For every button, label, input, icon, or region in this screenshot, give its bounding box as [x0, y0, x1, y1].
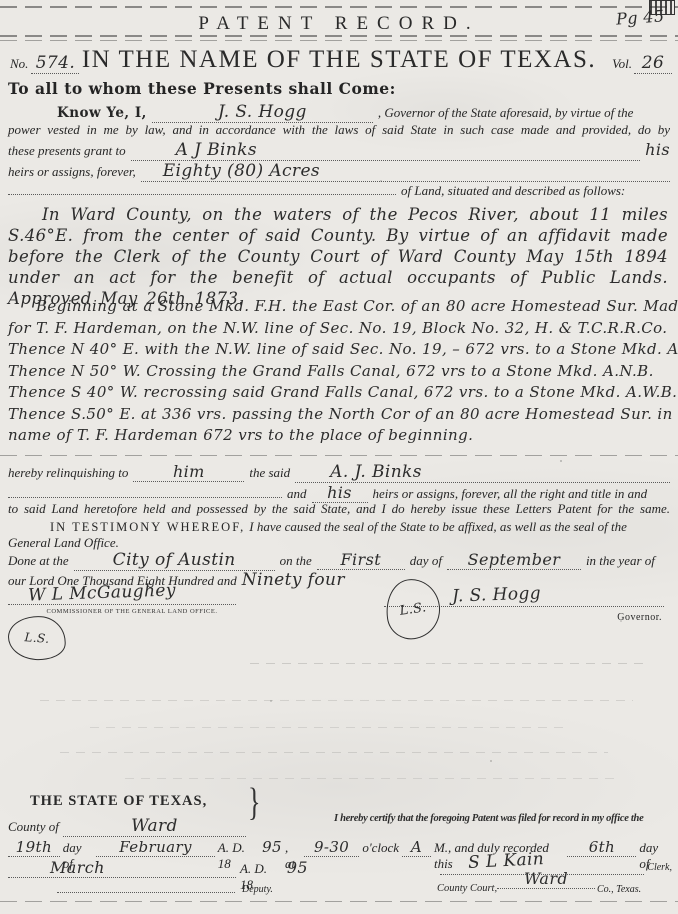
county-court-label: County Court, — [437, 883, 497, 894]
bounds-line: Thence N 40° E. with the N.W. line of sa… — [8, 339, 674, 361]
salutation: To all to whom these Presents shall Come… — [8, 79, 396, 98]
filed-year-value: 95 — [262, 838, 282, 856]
grant-line-1: Know Ye, I, J. S. Hogg , Governor of the… — [8, 102, 670, 123]
heirs-label: heirs or assigns, forever, — [8, 164, 136, 180]
testimony-line-2: General Land Office. — [8, 535, 119, 551]
co-texas-label: Co., Texas. — [597, 884, 641, 895]
land-description-paragraph: In Ward County, on the waters of the Pec… — [8, 204, 668, 309]
ghost-line — [40, 700, 633, 701]
bounds-line: Thence S.50° E. at 336 vrs. passing the … — [8, 404, 674, 426]
relinquish-line-1: hereby relinquishing to him the said A. … — [8, 462, 670, 483]
page-note: Pg 45 — [615, 6, 665, 28]
empty-fill-line — [8, 497, 282, 498]
bounds-line: name of T. F. Hardeman 672 vrs to the pl… — [8, 425, 674, 447]
grant-line-2: power vested in me by law, and in accord… — [8, 122, 670, 138]
in-year-label: in the year of — [586, 553, 655, 569]
county-field: Ward — [63, 816, 246, 837]
filed-month-field: February — [96, 838, 214, 857]
relinquish-line-3: to said Land heretofore held and possess… — [8, 501, 670, 517]
heirs-rights-text: heirs or assigns, forever, all the right… — [373, 486, 648, 502]
done-at-label: Done at the — [8, 553, 69, 569]
acreage-field: Eighty (80) Acres — [141, 161, 670, 182]
ghost-line — [125, 778, 618, 779]
county-label: County of — [8, 819, 59, 835]
volume-label: Vol. — [612, 56, 632, 72]
record-number-group: No. 574. — [10, 53, 79, 74]
relinquish-label: hereby relinquishing to — [8, 465, 128, 481]
commissioner-signature-line — [8, 604, 236, 605]
commissioner-signature: W L McGaughey — [28, 580, 176, 605]
volume-group: Vol. 26 — [612, 53, 672, 74]
bottom-rule — [0, 901, 678, 902]
testimony-line-1: IN TESTIMONY WHEREOF, I have caused the … — [8, 518, 670, 536]
filed-day-field: 19th — [8, 838, 60, 857]
certify-text: I hereby certify that the foregoing Pate… — [334, 813, 643, 824]
of-land-label: of Land, situated and described as follo… — [401, 183, 625, 199]
grant-line-5: of Land, situated and described as follo… — [8, 183, 670, 199]
bounds-line: Thence N 50° W. Crossing the Grand Falls… — [8, 361, 674, 383]
ghost-line — [60, 752, 608, 753]
record-number-label: No. — [10, 56, 28, 72]
deputy-label: Deputy. — [242, 884, 273, 895]
county-court-field: Ward — [497, 869, 595, 889]
year-value: Ninety four — [242, 570, 345, 590]
governor-title: Governor. — [617, 612, 662, 623]
deputy-line — [57, 892, 235, 893]
testimony-body: I have caused the seal of the State to b… — [249, 519, 627, 534]
day-field: First — [317, 550, 405, 570]
on-the-label: on the — [280, 553, 312, 569]
record-number-value: 574. — [31, 53, 79, 74]
grant-line-4: heirs or assigns, forever, Eighty (80) A… — [8, 161, 670, 182]
relinquish-pronoun-field: him — [133, 462, 244, 482]
ghost-line — [250, 663, 648, 664]
pronoun-his: his — [645, 140, 670, 159]
pronoun-field: his — [312, 483, 368, 503]
state-heading: IN THE NAME OF THE STATE OF TEXAS. — [80, 46, 598, 74]
header-rule-1 — [0, 35, 678, 37]
metes-and-bounds: Beginning at a Stone Mkd. F.H. the East … — [8, 296, 674, 447]
done-at-line: Done at the City of Austin on the First … — [8, 550, 670, 571]
county-line: County of Ward — [8, 816, 246, 837]
grant-to-label: these presents grant to — [8, 143, 126, 159]
recorded-day-field: 6th — [567, 838, 636, 857]
ls-seal-scribble: L.S. — [7, 614, 68, 662]
the-said-label: the said — [249, 465, 290, 481]
ghost-line — [90, 727, 568, 728]
volume-value: 26 — [634, 53, 672, 74]
and-label: and — [287, 486, 307, 502]
bounds-line: Beginning at a Stone Mkd. F.H. the East … — [8, 296, 674, 318]
relinquish-grantee-field: A. J. Binks — [295, 462, 670, 483]
commissioner-title: COMMISSIONER OF THE GENERAL LAND OFFICE. — [32, 608, 232, 615]
brace: } — [248, 781, 260, 826]
know-ye-label: Know Ye, I, — [57, 105, 147, 121]
day-of-label: day of — [410, 553, 442, 569]
document-title: PATENT RECORD. — [0, 13, 678, 35]
filed-time-field: 9-30 — [304, 838, 360, 857]
month-field: September — [447, 550, 581, 570]
recorded-month-field: March — [8, 858, 236, 878]
clerk-label: Clerk, — [647, 862, 672, 873]
place-field: City of Austin — [74, 550, 275, 571]
state-of-texas-heading: THE STATE OF TEXAS, — [30, 793, 207, 810]
grantee-name-field: A J Binks — [131, 140, 641, 161]
oclock-label: o'clock — [362, 840, 399, 856]
header-rule-2 — [0, 40, 678, 41]
governor-name-field: J. S. Hogg — [152, 102, 373, 123]
bounds-line: Thence S 40° W. recrossing said Grand Fa… — [8, 382, 674, 404]
after-name-text: , Governor of the State aforesaid, by vi… — [378, 105, 634, 121]
testimony-lead: IN TESTIMONY WHEREOF, — [50, 520, 245, 534]
grant-line-3: these presents grant to A J Binks his — [8, 140, 670, 161]
top-rule — [0, 6, 678, 8]
empty-fill-line — [8, 194, 396, 195]
section-rule — [0, 455, 678, 456]
recorded-year-value: 95 — [287, 858, 308, 877]
patent-record-document: PATENT RECORD. Pg 45 No. 574. IN THE NAM… — [0, 0, 678, 914]
meridian-field: A — [402, 838, 431, 857]
governor-signature: J. S. Hogg — [452, 583, 542, 606]
bounds-line: for T. F. Hardeman, on the N.W. line of … — [8, 318, 674, 340]
relinquish-line-2: and his heirs or assigns, forever, all t… — [8, 483, 670, 503]
